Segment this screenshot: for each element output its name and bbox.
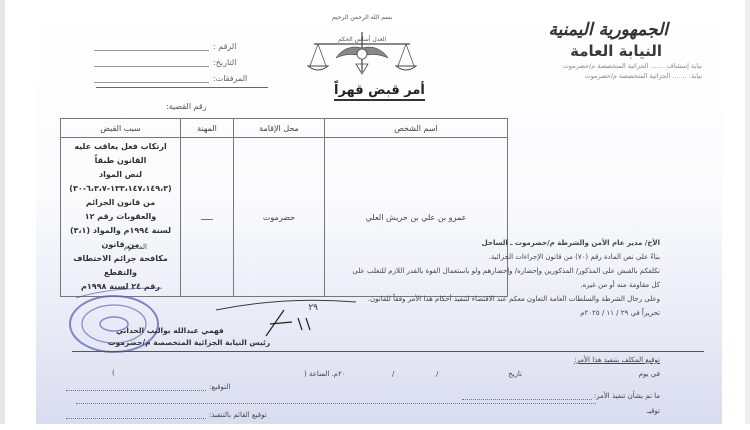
emblem-icon — [306, 14, 418, 84]
field-attachments: المرفقات: — [94, 74, 247, 83]
date-separator: / — [436, 370, 438, 378]
execution-title: توقيع المكلف بتنفيذ هذا الأمر: — [574, 356, 660, 364]
execution-day-label: في يوم — [639, 370, 660, 378]
execution-result-dotline — [462, 393, 592, 400]
institution-heading: النيابة العامة — [570, 42, 662, 60]
executor-signature-dotline — [66, 412, 206, 419]
col-residence: محل الإقامة — [234, 119, 325, 138]
addressee: الأخ/ مدير عام الأمن والشرطة م/حضرموت ـ … — [482, 239, 660, 247]
field-attachments-label: المرفقات: — [213, 74, 247, 83]
field-attachments-line — [94, 75, 209, 83]
signer-name: فهمي عبدالله بواليب الحداني — [116, 326, 224, 335]
execution-hour-close: ) — [112, 369, 115, 377]
cell-reason: ارتكاب فعل يعاقب عليه القانون طبقاً لنص … — [61, 138, 181, 297]
executor-signature-field: توقيع القائم بالتنفيذ: — [66, 411, 267, 419]
date-separator: / — [392, 370, 394, 378]
cell-profession: ـــــ — [181, 138, 234, 297]
issue-date: تحريراً في ٢٩ / ١١ / ٢٠٢٥م — [580, 309, 660, 317]
executor-signature-label: توقيع القائم بالتنفيذ: — [209, 411, 267, 419]
body-line-5: وعلى رجال الشرطة والسلطات العامة التعاون… — [368, 295, 660, 303]
divider — [96, 87, 268, 88]
execution-result-label: ما تم بشأن تنفيذ الأمر: — [594, 392, 660, 400]
reason-line: مكافحة جرائم الاختطاف والتقطع — [65, 252, 176, 280]
field-number-label: الرقم : — [213, 42, 236, 51]
execution-year-hour-label: ٢٠م. الساعة ( — [304, 370, 346, 378]
cell-residence: حضرموت — [234, 138, 325, 297]
col-profession: المهنة — [181, 119, 234, 138]
signature-label: التوقيع: — [209, 383, 230, 391]
field-number-line — [94, 43, 209, 51]
body-line-3: نكلفكم بالقبض على المذكور/ المذكورين وإح… — [352, 267, 660, 275]
field-date: التاريخ: — [94, 58, 236, 67]
field-number: الرقم : — [94, 42, 236, 51]
col-name: اسم الشخص — [325, 119, 508, 138]
field-date-label: التاريخ: — [213, 58, 236, 67]
reason-line: لنص المواد (١٣٣،١٤٧،١٤٩،٣-٦،٣،٧-٣٠) — [65, 168, 176, 196]
window-edge-right — [745, 0, 750, 430]
reason-line: ارتكاب فعل يعاقب عليه القانون طبقاً — [65, 140, 176, 168]
honorific: المحترم — [124, 243, 147, 251]
signer-title: رئيس النيابة الجزائية المتخصصة م/حضرموت — [108, 338, 270, 347]
signature-short-label: توقيـ — [647, 407, 660, 415]
sub-line-2: نيابة: ....... الجزائية المتخصصة م/حضرمو… — [585, 72, 702, 80]
table-header-row: اسم الشخص محل الإقامة المهنة سبب القبض — [61, 119, 508, 138]
document-page: الجمهورية اليمنية النيابة العامة نيابة إ… — [36, 6, 722, 426]
window-edge-left — [0, 0, 5, 430]
republic-heading: الجمهورية اليمنية — [548, 20, 668, 40]
document-title: أمر قبض قهراً — [334, 83, 425, 101]
sub-line-1: نيابة إستئناف ....... الجزائية المتخصصة … — [563, 62, 702, 70]
case-number-label: رقم القضية: — [166, 102, 207, 111]
basmala-text: بسم الله الرحمن الرحيم — [332, 14, 392, 21]
signature-field: التوقيع: — [66, 383, 230, 391]
execution-date-label: تاريخ — [508, 370, 522, 378]
execution-result-field: ما تم بشأن تنفيذ الأمر: — [462, 392, 660, 400]
reason-line: لسنة ١٩٩٤م والمواد (٣،١) من قانون — [65, 224, 176, 252]
field-date-line — [94, 59, 209, 67]
body-line-4: كل مقاومة منه أو من غيره. — [580, 281, 660, 289]
footer-strip — [0, 424, 750, 430]
col-reason: سبب القبض — [61, 119, 181, 138]
svg-text:٢٩: ٢٩ — [308, 303, 318, 313]
handwritten-signature-icon: ٢٩ — [206, 296, 356, 341]
signature-dotline — [66, 384, 206, 391]
motto-text: العدل أساس الحكم — [338, 36, 386, 43]
reason-line: من قانون الجرائم والعقوبات رقم ١٢ — [65, 196, 176, 224]
divider — [72, 351, 704, 352]
body-line-2: بناءً على نص المادة رقم (٧٠) من قانون ال… — [489, 253, 660, 261]
